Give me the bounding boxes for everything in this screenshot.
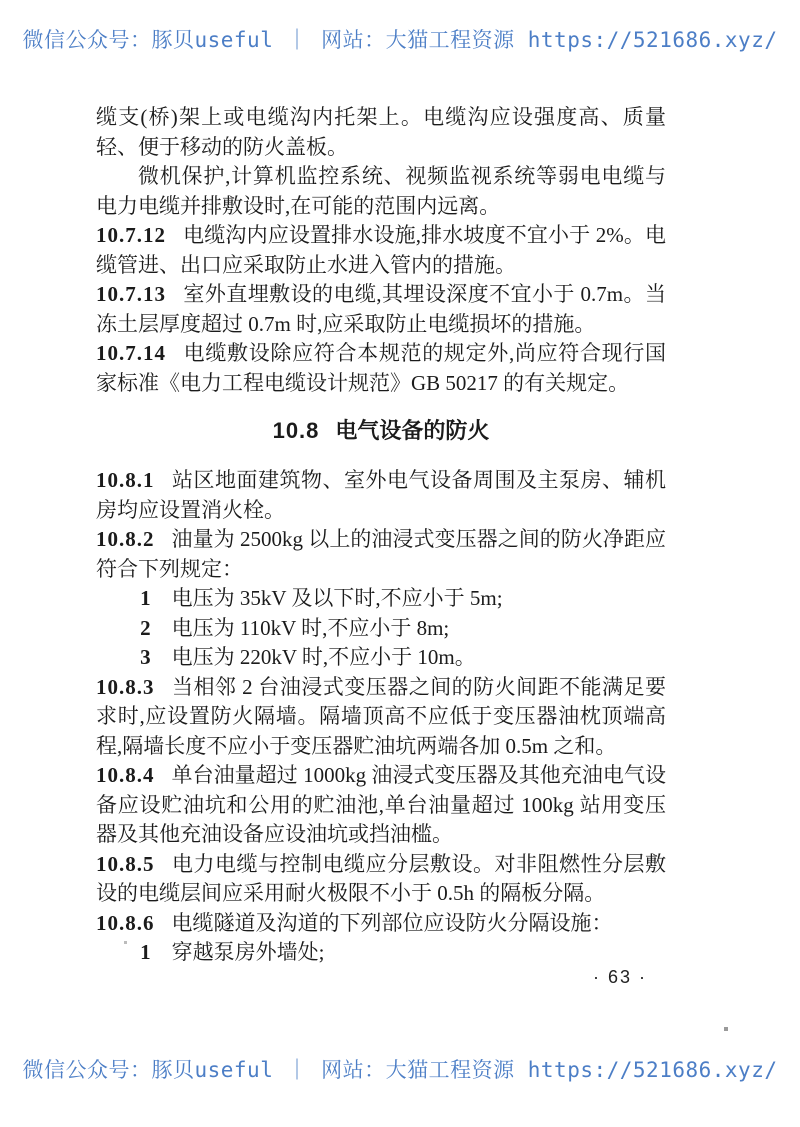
list-item: 1穿越泵房外墙处; (96, 938, 666, 968)
clause-number: 10.8.1 (96, 468, 155, 492)
clause-paragraph: 10.8.2油量为 2500kg 以上的油浸式变压器之间的防火净距应符合下列规定… (96, 525, 666, 584)
section-heading-title: 电气设备的防火 (335, 418, 489, 443)
watermark-header: 微信公众号：豚贝useful ｜ 网站：大猫工程资源 https://52168… (0, 27, 800, 53)
clause-paragraph: 10.8.1站区地面建筑物、室外电气设备周围及主泵房、辅机房均应设置消火栓。 (96, 466, 666, 525)
scan-speck (724, 1027, 728, 1031)
paragraph-text: 站区地面建筑物、室外电气设备周围及主泵房、辅机房均应设置消火栓。 (96, 468, 666, 522)
clause-paragraph: 10.7.13室外直埋敷设的电缆,其埋设深度不宜小于 0.7m。当冻土层厚度超过… (96, 280, 666, 339)
clause-number: 10.8.2 (96, 527, 155, 551)
paragraph-text: 微机保护,计算机监控系统、视频监视系统等弱电电缆与电力电缆并排敷设时,在可能的范… (96, 164, 666, 218)
clause-paragraph: 10.8.3当相邻 2 台油浸式变压器之间的防火间距不能满足要求时,应设置防火隔… (96, 673, 666, 762)
clause-number: 10.7.14 (96, 341, 166, 365)
document-body: 缆支(桥)架上或电缆沟内托架上。电缆沟应设强度高、质量轻、便于移动的防火盖板。微… (96, 103, 666, 968)
clause-number: 10.8.3 (96, 675, 155, 699)
clause-paragraph: 10.7.12电缆沟内应设置排水设施,排水坡度不宜小于 2%。电缆管进、出口应采… (96, 221, 666, 280)
paragraph-text: 穿越泵房外墙处; (172, 940, 325, 964)
clause-paragraph: 10.7.14电缆敷设除应符合本规范的规定外,尚应符合现行国家标准《电力工程电缆… (96, 339, 666, 398)
item-number: 1 (140, 586, 151, 610)
paragraph-text: 单台油量超过 1000kg 油浸式变压器及其他充油电气设备应设贮油坑和公用的贮油… (96, 763, 666, 846)
paragraph-text: 室外直埋敷设的电缆,其埋设深度不宜小于 0.7m。当冻土层厚度超过 0.7m 时… (96, 282, 666, 336)
paragraph-text: 缆支(桥)架上或电缆沟内托架上。电缆沟应设强度高、质量轻、便于移动的防火盖板。 (96, 105, 666, 159)
paragraph-text: 电缆敷设除应符合本规范的规定外,尚应符合现行国家标准《电力工程电缆设计规范》GB… (96, 341, 666, 395)
clause-number: 10.7.13 (96, 282, 166, 306)
clause-paragraph: 10.8.4单台油量超过 1000kg 油浸式变压器及其他充油电气设备应设贮油坑… (96, 761, 666, 850)
body-paragraph: 缆支(桥)架上或电缆沟内托架上。电缆沟应设强度高、质量轻、便于移动的防火盖板。 (96, 103, 666, 162)
paragraph-text: 电缆沟内应设置排水设施,排水坡度不宜小于 2%。电缆管进、出口应采取防止水进入管… (96, 223, 666, 277)
page-number: · 63 · (585, 965, 655, 989)
document-page: 微信公众号：豚贝useful ｜ 网站：大猫工程资源 https://52168… (0, 0, 800, 1127)
watermark-footer: 微信公众号：豚贝useful ｜ 网站：大猫工程资源 https://52168… (0, 1057, 800, 1083)
list-item: 2电压为 110kV 时,不应小于 8m; (96, 614, 666, 644)
paragraph-text: 电压为 220kV 时,不应小于 10m。 (172, 645, 476, 669)
clause-number: 10.8.6 (96, 911, 155, 935)
paragraph-text: 电缆隧道及沟道的下列部位应设防火分隔设施： (172, 911, 613, 935)
body-paragraph: 微机保护,计算机监控系统、视频监视系统等弱电电缆与电力电缆并排敷设时,在可能的范… (96, 162, 666, 221)
paragraph-text: 电压为 35kV 及以下时,不应小于 5m; (172, 586, 503, 610)
section-heading: 10.8电气设备的防火 (96, 416, 666, 446)
item-number: 3 (140, 645, 151, 669)
clause-paragraph: 10.8.5电力电缆与控制电缆应分层敷设。对非阻燃性分层敷设的电缆层间应采用耐火… (96, 850, 666, 909)
clause-number: 10.8.4 (96, 763, 155, 787)
item-number: 1 (140, 940, 151, 964)
item-number: 2 (140, 616, 151, 640)
clause-number: 10.8.5 (96, 852, 155, 876)
section-heading-number: 10.8 (273, 418, 320, 443)
paragraph-text: 油量为 2500kg 以上的油浸式变压器之间的防火净距应符合下列规定： (96, 527, 666, 581)
clause-paragraph: 10.8.6电缆隧道及沟道的下列部位应设防火分隔设施： (96, 909, 666, 939)
paragraph-text: 电压为 110kV 时,不应小于 8m; (172, 616, 450, 640)
paragraph-text: 电力电缆与控制电缆应分层敷设。对非阻燃性分层敷设的电缆层间应采用耐火极限不小于 … (96, 852, 666, 906)
scan-speck (124, 941, 127, 944)
clause-number: 10.7.12 (96, 223, 166, 247)
list-item: 1电压为 35kV 及以下时,不应小于 5m; (96, 584, 666, 614)
list-item: 3电压为 220kV 时,不应小于 10m。 (96, 643, 666, 673)
paragraph-text: 当相邻 2 台油浸式变压器之间的防火间距不能满足要求时,应设置防火隔墙。隔墙顶高… (96, 675, 666, 758)
